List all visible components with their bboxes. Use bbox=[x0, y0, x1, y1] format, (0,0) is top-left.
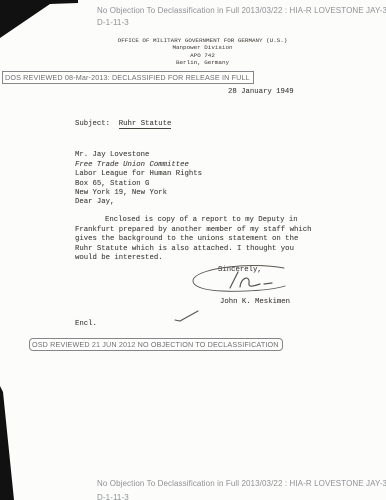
recipient-box: Box 65, Station G bbox=[75, 180, 202, 190]
letterhead: OFFICE OF MILITARY GOVERNMENT FOR GERMAN… bbox=[85, 37, 320, 67]
archive-annotation-top-line1: No Objection To Declassification in Full… bbox=[97, 6, 386, 15]
archive-annotation-top-line2: D-1-11-3 bbox=[97, 18, 129, 27]
letterhead-city: Berlin, Germany bbox=[85, 59, 320, 66]
signature-oval-sweep bbox=[193, 266, 285, 292]
subject-label: Subject: bbox=[75, 120, 110, 128]
letter-date: 28 January 1949 bbox=[228, 88, 294, 98]
subject-value: Ruhr Statute bbox=[119, 120, 172, 129]
top-left-corner-fold bbox=[0, 0, 78, 38]
signature-scrawl bbox=[230, 272, 272, 288]
archive-annotation-bottom-line2: D-1-11-3 bbox=[97, 493, 129, 500]
recipient-name: Mr. Jay Lovestone bbox=[75, 151, 202, 161]
recipient-address-block: Mr. Jay Lovestone Free Trade Union Commi… bbox=[75, 151, 202, 199]
recipient-org: Free Trade Union Committee bbox=[75, 161, 202, 171]
letterhead-division: Manpower Division bbox=[85, 44, 320, 51]
enclosure-note: Encl. bbox=[75, 320, 97, 330]
subject-line: Subject: Ruhr Statute bbox=[75, 120, 171, 130]
signature-ink bbox=[188, 262, 298, 302]
osd-review-stamp: OSD REVIEWED 21 JUN 2012 NO OBJECTION TO… bbox=[29, 338, 283, 351]
subject-spacer bbox=[110, 120, 119, 128]
dos-review-stamp: DOS REVIEWED 08-Mar-2013: DECLASSIFIED F… bbox=[2, 71, 254, 84]
recipient-org2: Labor League for Human Rights bbox=[75, 170, 202, 180]
archive-annotation-bottom-line1: No Objection To Declassification in Full… bbox=[97, 479, 386, 488]
letterhead-org: OFFICE OF MILITARY GOVERNMENT FOR GERMAN… bbox=[85, 37, 320, 44]
signer-name: John K. Meskimen bbox=[220, 298, 290, 308]
pen-checkmark bbox=[172, 308, 202, 324]
letter-body: Enclosed is copy of a report to my Deput… bbox=[75, 216, 318, 264]
checkmark-stroke bbox=[175, 311, 198, 321]
salutation: Dear Jay, bbox=[75, 198, 114, 208]
scanned-letter-page: No Objection To Declassification in Full… bbox=[0, 0, 386, 500]
bottom-left-corner-fold bbox=[0, 386, 14, 500]
letterhead-apo: APO 742 bbox=[85, 52, 320, 59]
